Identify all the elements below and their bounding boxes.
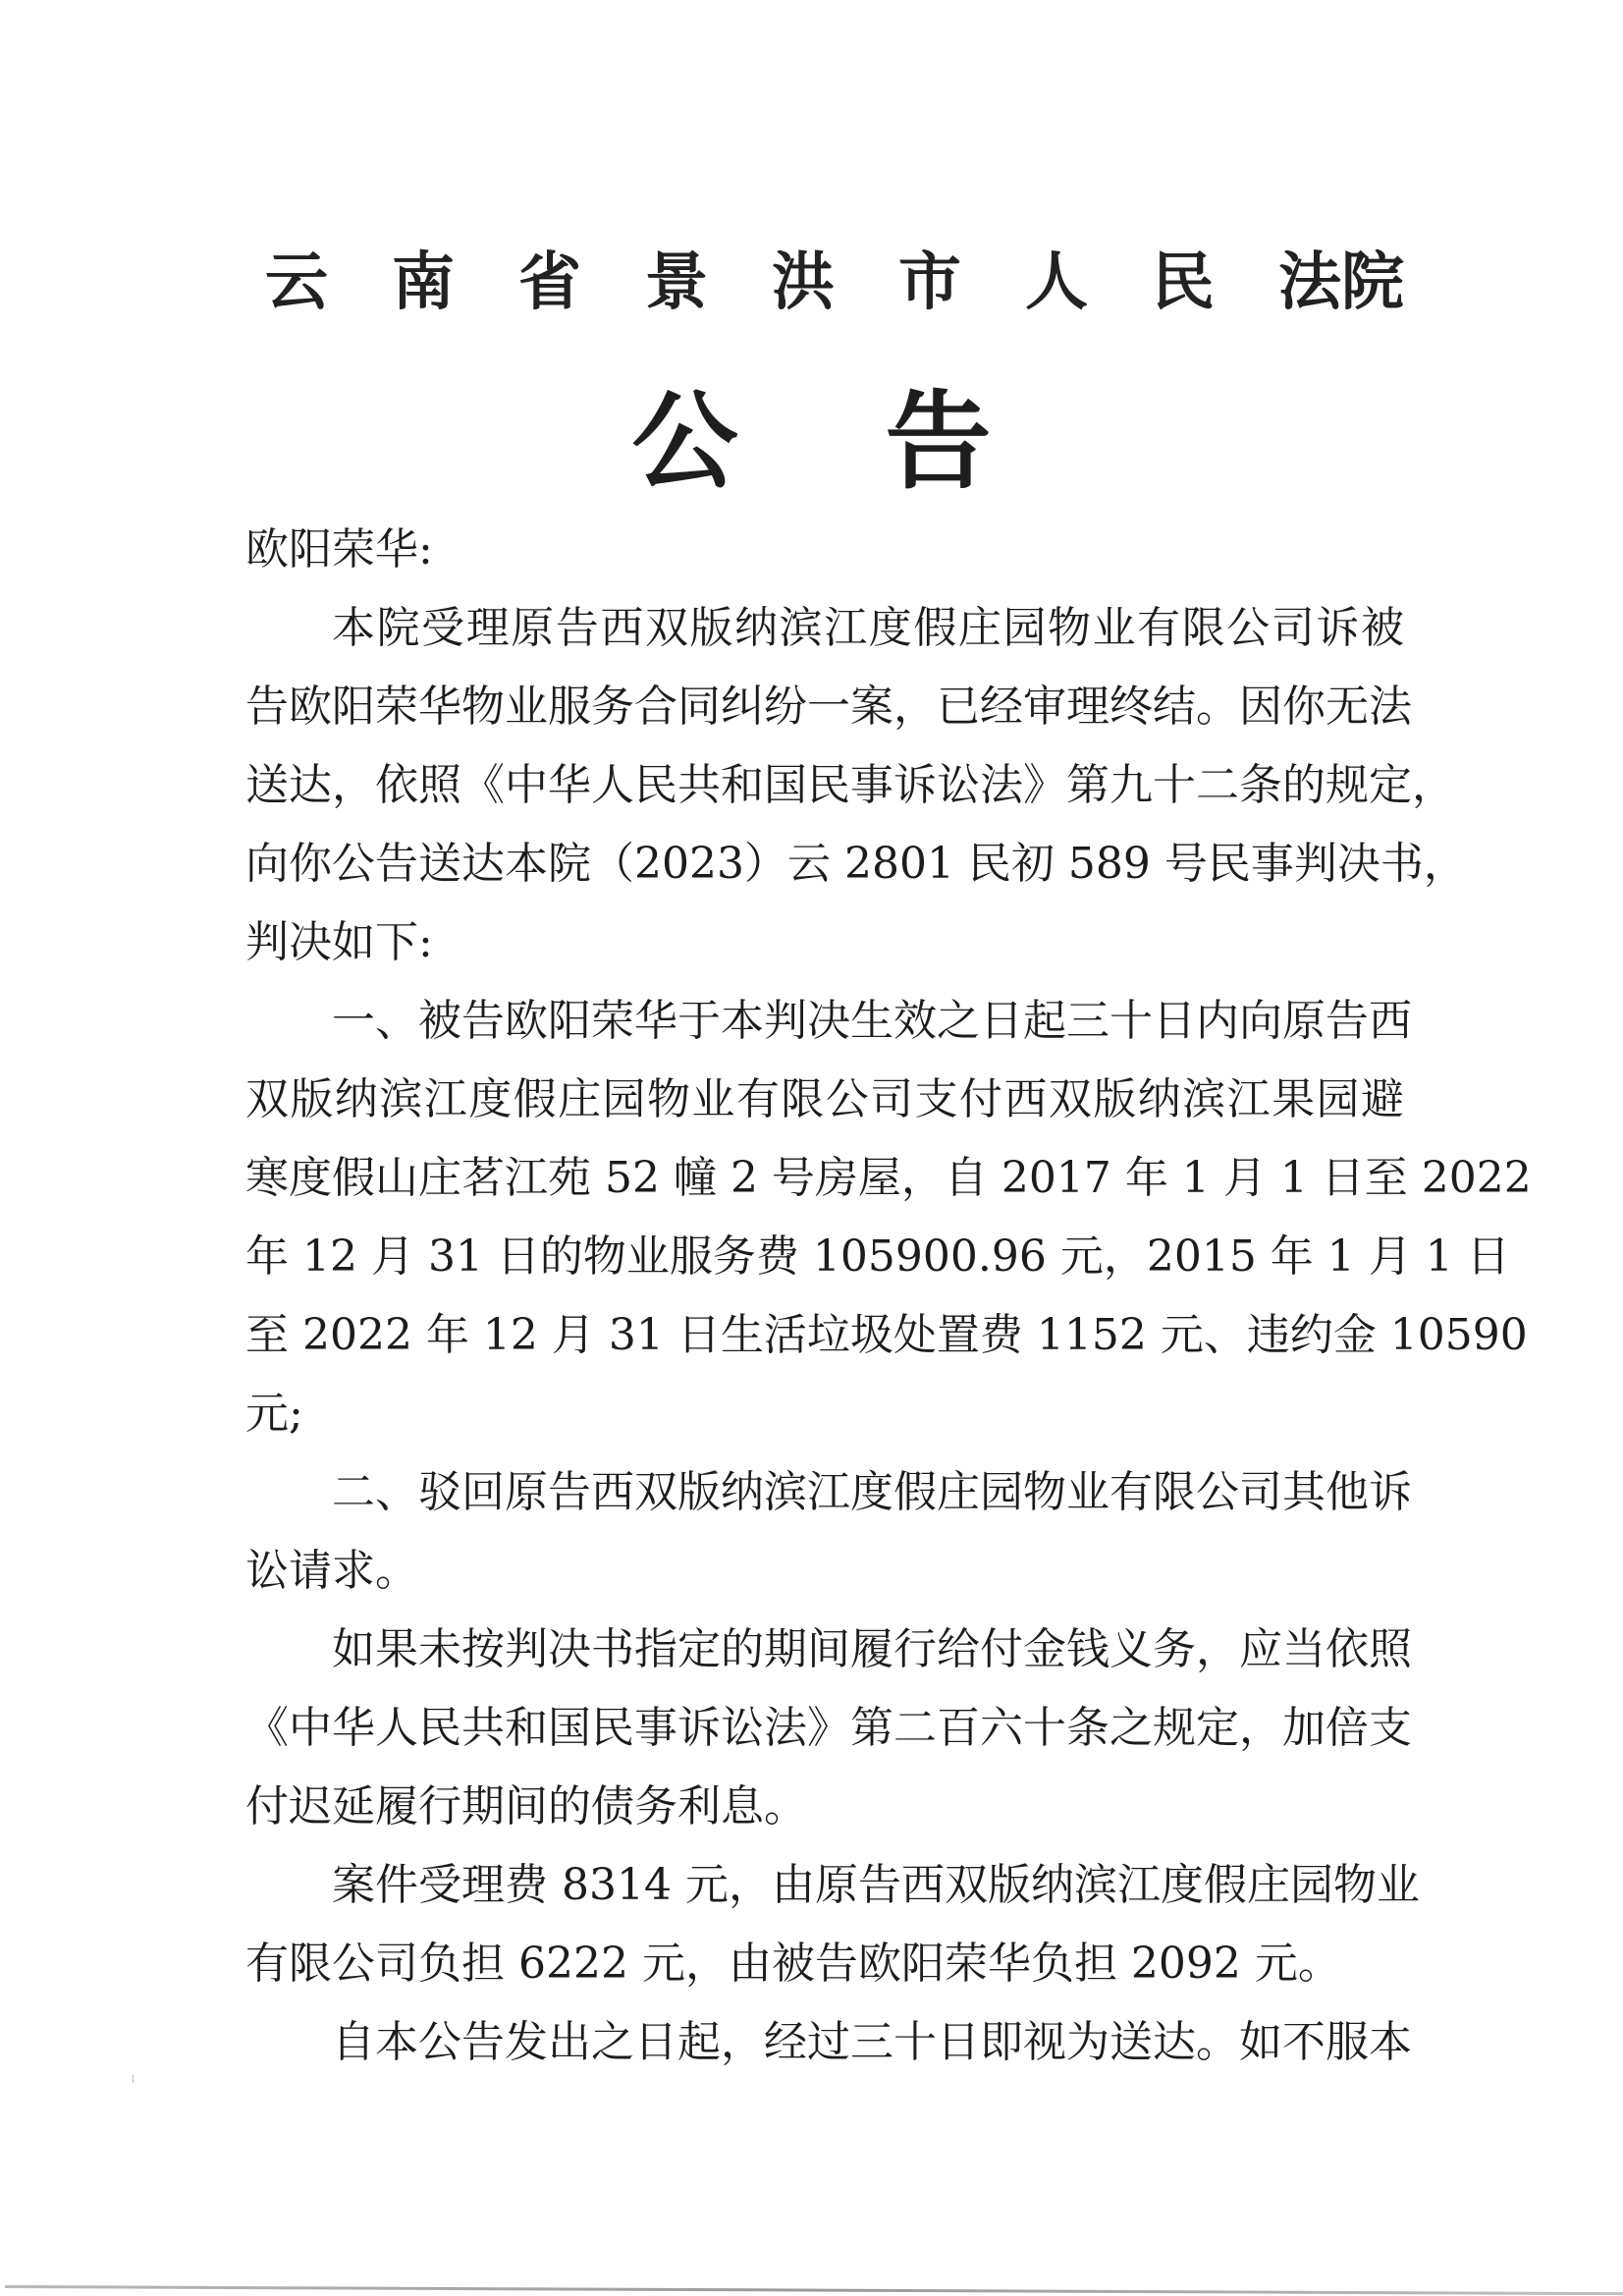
late-payment-line: 《中华人民共和国民事诉讼法》第二百六十条之规定，加倍支 xyxy=(245,1699,1404,1758)
court-name-char: 南 xyxy=(392,244,455,322)
intro-line: 判决如下: xyxy=(245,913,1404,972)
judgment-item-1-line: 元; xyxy=(245,1385,1404,1444)
page-bottom-edge xyxy=(5,2285,1623,2295)
intro-line: 告欧阳荣华物业服务合同纠纷一案，已经审理终结。因你无法 xyxy=(245,678,1404,737)
intro-line: 本院受理原告西双版纳滨江度假庄园物业有限公司诉被 xyxy=(332,599,1404,658)
judgment-item-2-line: 二、驳回原告西双版纳滨江度假庄园物业有限公司其他诉 xyxy=(332,1463,1404,1522)
court-name-char: 法院 xyxy=(1278,244,1404,322)
judgment-item-1-line: 年 12 月 31 日的物业服务费 105900.96 元，2015 年 1 月… xyxy=(245,1228,1404,1286)
court-name-char: 民 xyxy=(1152,244,1215,322)
notice-title: 公告 xyxy=(0,383,1623,501)
court-name-char: 省 xyxy=(518,244,581,322)
court-name-char: 景 xyxy=(645,244,708,322)
fee-line: 有限公司负担 6222 元，由被告欧阳荣华负担 2092 元。 xyxy=(245,1935,1404,1994)
service-line: 自本公告发出之日起，经过三十日即视为送达。如不服本 xyxy=(332,2013,1404,2072)
court-name-char: 人 xyxy=(1025,244,1088,322)
addressee: 欧阳荣华: xyxy=(245,520,1404,579)
court-name-char: 市 xyxy=(898,244,961,322)
scan-artifact xyxy=(133,2075,134,2083)
court-name-char: 洪 xyxy=(772,244,835,322)
judgment-item-2-line: 讼请求。 xyxy=(245,1542,1404,1601)
intro-line: 向你公告送达本院（2023）云 2801 民初 589 号民事判决书， xyxy=(245,835,1404,894)
intro-line: 送达，依照《中华人民共和国民事诉讼法》第九十二条的规定， xyxy=(245,756,1404,815)
judgment-item-1-line: 双版纳滨江度假庄园物业有限公司支付西双版纳滨江果园避 xyxy=(245,1070,1404,1129)
court-name-char: 云 xyxy=(265,244,328,322)
judgment-item-1-line: 至 2022 年 12 月 31 日生活垃圾处置费 1152 元、违约金 105… xyxy=(245,1306,1404,1365)
fee-line: 案件受理费 8314 元，由原告西双版纳滨江度假庄园物业 xyxy=(332,1856,1404,1915)
late-payment-line: 付迟延履行期间的债务利息。 xyxy=(245,1777,1404,1836)
judgment-item-1-line: 寒度假山庄茗江苑 52 幢 2 号房屋，自 2017 年 1 月 1 日至 20… xyxy=(245,1149,1404,1208)
court-name-heading: 云 南 省 景 洪 市 人 民 法院 xyxy=(265,244,1404,322)
document-page: 云 南 省 景 洪 市 人 民 法院 公告 欧阳荣华: 本院受理原告西双版纳滨江… xyxy=(0,0,1623,2296)
late-payment-line: 如果未按判决书指定的期间履行给付金钱义务，应当依照 xyxy=(332,1620,1404,1679)
judgment-item-1-line: 一、被告欧阳荣华于本判决生效之日起三十日内向原告西 xyxy=(332,992,1404,1051)
